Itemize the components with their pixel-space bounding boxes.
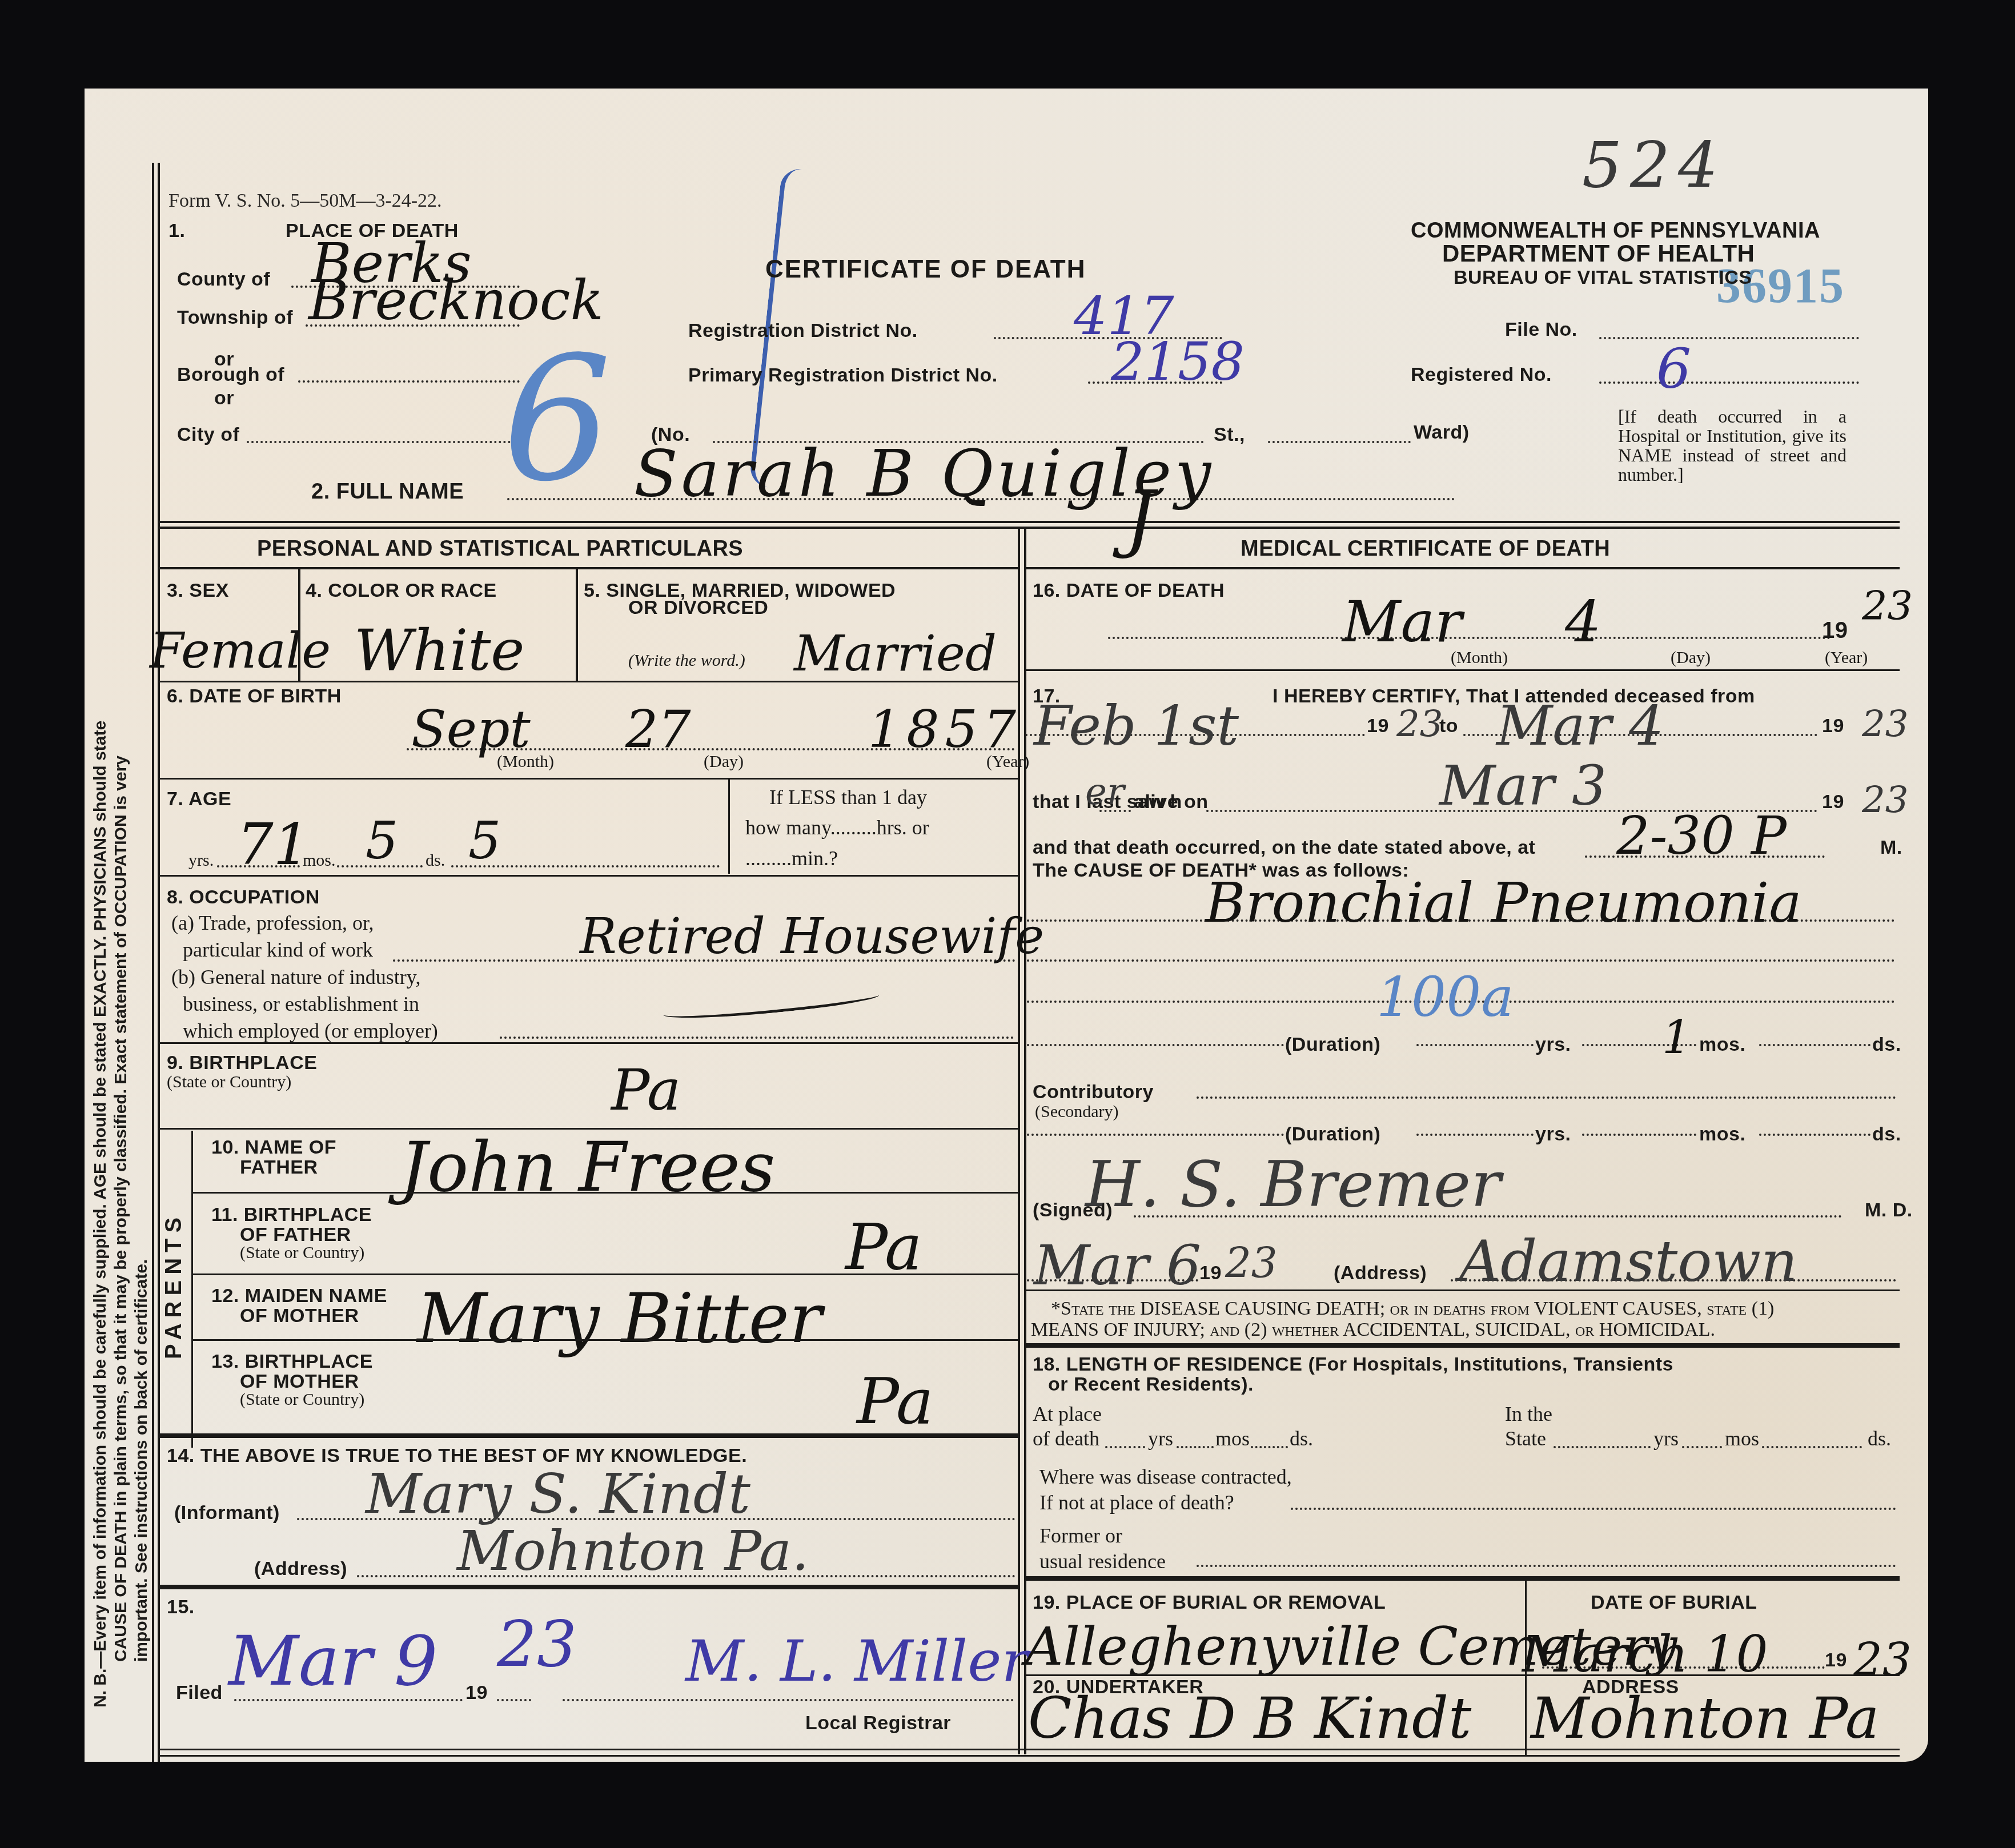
registered-no-label: Registered No. (1411, 364, 1552, 386)
margin-line-1: N. B.—Every item of information should b… (90, 721, 111, 1708)
row-rule-12 (193, 1339, 1018, 1341)
left-rule-inner (158, 163, 160, 1762)
registrar-line (563, 1699, 1014, 1701)
time-label: and that death occurred, on the date sta… (1033, 837, 1535, 859)
age-days[interactable]: 5 (468, 811, 501, 871)
occ-b-line-2: business, or establishment in (183, 992, 419, 1016)
dob-month[interactable]: Sept (411, 700, 531, 760)
birthplace-label: 9. BIRTHPLACE (167, 1052, 317, 1074)
father-name-label-1: 10. NAME OF (211, 1136, 336, 1159)
birthplace-sub: (State or Country) (167, 1072, 291, 1092)
to-label: to (1439, 715, 1458, 737)
dod-line (1108, 637, 1831, 639)
time-suffix: M. (1880, 837, 1902, 859)
occupation-value[interactable]: Retired Housewife (580, 908, 1044, 965)
of-death: of death (1033, 1427, 1099, 1451)
duration2-label: (Duration) (1285, 1123, 1380, 1146)
footnote-line-2: MEANS OF INJURY; and (2) whether ACCIDEN… (1031, 1319, 1715, 1341)
burial-year-prefix: 19 (1825, 1649, 1847, 1672)
burial-date-label: DATE OF BURIAL (1591, 1592, 1757, 1614)
last-saw-date[interactable]: Mar 3 (1439, 754, 1607, 818)
city-line (247, 441, 520, 443)
footnote-line-1: *State the DISEASE CAUSING DEATH; or in … (1051, 1298, 1774, 1320)
father-name-value[interactable]: John Frees (400, 1128, 775, 1207)
contracted-line-1: Where was disease contracted, (1039, 1465, 1292, 1489)
row-rule-13 (158, 1433, 1018, 1438)
marital-label-2: OR DIVORCED (628, 597, 768, 619)
medical-heading-rule (1024, 567, 1900, 569)
undertaker-value[interactable]: Chas D B Kindt (1028, 1685, 1471, 1751)
cause-line-2 (1027, 959, 1895, 962)
age-label: 7. AGE (167, 788, 231, 810)
duration-yrs-line (1416, 1044, 1534, 1046)
alive-on-label: alive on (1134, 791, 1209, 813)
row-rule-14 (158, 1585, 1018, 1589)
in-the: In the (1505, 1402, 1552, 1426)
res-death-yrs-line (1105, 1446, 1145, 1448)
registered-no-value[interactable]: 6 (1656, 337, 1691, 401)
primary-district-value[interactable]: 2158 (1111, 331, 1245, 392)
burial-place-label: 19. PLACE OF BURIAL OR REMOVAL (1033, 1592, 1386, 1614)
birthplace-value[interactable]: Pa (611, 1056, 681, 1123)
race-marital-divider (576, 569, 578, 681)
row-rule-5 (158, 681, 1018, 682)
dob-year-caption: (Year) (986, 752, 1029, 772)
medical-row-rule-sign (1024, 1289, 1900, 1291)
md-label: M. D. (1865, 1199, 1913, 1222)
name-descender-mark: J (1125, 474, 1155, 561)
dob-day-caption: (Day) (704, 752, 744, 772)
occ-b-line-1: (b) General nature of industry, (171, 965, 421, 989)
borough-label: Borough of (177, 364, 284, 386)
informant-address-value[interactable]: Mohnton Pa. (457, 1519, 809, 1583)
registrar-signature[interactable]: M. L. Miller (685, 1628, 1029, 1694)
last-saw-pronoun[interactable]: er (1085, 771, 1124, 813)
file-no-line (1599, 337, 1859, 339)
row-rule-7 (158, 875, 1018, 877)
contributory-label: Contributory (1033, 1081, 1154, 1103)
undertaker-address-value[interactable]: Mohnton Pa (1531, 1685, 1879, 1751)
former-line-2: usual residence (1039, 1549, 1166, 1573)
mother-name-label-1: 12. MAIDEN NAME (211, 1285, 387, 1307)
dod-month-caption: (Month) (1451, 648, 1508, 668)
less-than-day-2: how many.........hrs. or (745, 815, 929, 839)
residence-label: 18. LENGTH OF RESIDENCE (For Hospitals, … (1033, 1353, 1673, 1376)
medical-heading: MEDICAL CERTIFICATE OF DEATH (1241, 537, 1610, 561)
burial-year[interactable]: 23 (1853, 1633, 1912, 1686)
res-state-ds: ds. (1868, 1427, 1891, 1451)
left-rule-outer (152, 163, 154, 1762)
dob-month-caption: (Month) (497, 752, 554, 772)
ward-label: Ward) (1414, 421, 1470, 444)
mother-name-value[interactable]: Mary Bitter (417, 1279, 822, 1359)
bottom-rule-1 (158, 1749, 1900, 1750)
dod-year-caption: (Year) (1825, 648, 1868, 668)
contributory-line (1197, 1096, 1896, 1099)
dob-year[interactable]: 1857 (868, 700, 1022, 760)
medical-address-value[interactable]: Adamstown (1459, 1228, 1797, 1295)
registration-district-label: Registration District No. (688, 320, 918, 342)
res-death-yrs: yrs (1148, 1427, 1173, 1451)
age-mos-caption: mos. (303, 851, 336, 870)
full-name-label: 2. FULL NAME (311, 480, 464, 504)
age-divider (728, 780, 730, 874)
less-than-day-1: If LESS than 1 day (769, 785, 927, 809)
dod-month[interactable]: Mar (1342, 588, 1462, 655)
res-state-mos-line (1682, 1446, 1722, 1448)
marital-hint: (Write the word.) (628, 651, 745, 670)
borough-line (298, 380, 520, 383)
attended-from[interactable]: Feb 1st (1034, 694, 1239, 758)
former-residence-line (1197, 1565, 1896, 1567)
top-pencil-number: 524 (1582, 128, 1726, 202)
duration2-yrs-line (1416, 1134, 1534, 1136)
sex-value[interactable]: Female (150, 622, 331, 680)
last-saw-year-prefix: 19 (1822, 791, 1844, 813)
sex-label: 3. SEX (167, 580, 229, 602)
duration2-mos-label: mos. (1699, 1123, 1745, 1146)
form-id: Form V. S. No. 5—50M—3-24-22. (168, 190, 442, 212)
informant-value[interactable]: Mary S. Kindt (366, 1462, 750, 1526)
father-bp-value[interactable]: Pa (845, 1211, 922, 1284)
res-death-mos: mos (1215, 1427, 1250, 1451)
parents-side-label: PARENTS (161, 1212, 187, 1359)
cause-code: 100a (1376, 965, 1514, 1029)
dob-label: 6. DATE OF BIRTH (167, 685, 342, 708)
duration-lead-line (1027, 1044, 1284, 1046)
street-st-label: St., (1214, 424, 1245, 446)
mother-bp-sub: (State or Country) (240, 1390, 364, 1409)
signed-value[interactable]: H. S. Bremer (1085, 1148, 1501, 1221)
personal-heading: PERSONAL AND STATISTICAL PARTICULARS (257, 537, 743, 561)
filed-year-prefix: 19 (465, 1682, 488, 1704)
medical-row-rule-16 (1024, 669, 1900, 671)
row-rule-11 (193, 1273, 1018, 1275)
registrar-label: Local Registrar (805, 1712, 951, 1734)
age-months[interactable]: 5 (366, 811, 398, 871)
marital-value[interactable]: Married (794, 625, 997, 682)
filed-year[interactable]: 23 (497, 1608, 577, 1681)
father-bp-label-1: 11. BIRTHPLACE (211, 1204, 372, 1226)
duration2-ds-line (1759, 1134, 1871, 1136)
medical-row-rule-foot (1024, 1343, 1900, 1348)
duration2-mos-line (1582, 1134, 1696, 1136)
res-death-ds: ds. (1290, 1427, 1313, 1451)
issuer-line-2: DEPARTMENT OF HEALTH (1442, 240, 1755, 267)
to-year-prefix: 19 (1822, 715, 1844, 737)
bottom-rule-2 (158, 1755, 1900, 1757)
informant-label: (Informant) (174, 1502, 280, 1524)
duration-yrs-label: yrs. (1535, 1034, 1571, 1056)
hospital-note: [If death occurred in a Hospital or Inst… (1618, 407, 1847, 484)
primary-district-label: Primary Registration District No. (688, 364, 998, 387)
section-rule-top (158, 521, 1900, 523)
duration-ds-label: ds. (1872, 1034, 1901, 1056)
margin-instructions: N. B.—Every item of information should b… (90, 721, 152, 1708)
from-year-prefix: 19 (1367, 715, 1389, 737)
mother-name-label-2: OF MOTHER (240, 1305, 359, 1327)
occ-b-line-3: which employed (or employer) (183, 1019, 438, 1043)
filed-date[interactable]: Mar 9 (228, 1622, 437, 1701)
city-label: City of (177, 424, 239, 446)
age-ds-caption: ds. (426, 851, 445, 870)
signed-date[interactable]: Mar 6 (1034, 1234, 1201, 1297)
dod-label: 16. DATE OF DEATH (1033, 580, 1225, 602)
dod-year[interactable]: 23 (1862, 582, 1913, 629)
county-label: County of (177, 268, 270, 291)
filing-section-no: 15. (167, 1596, 195, 1618)
filed-label: Filed (176, 1682, 223, 1704)
informant-address-label: (Address) (254, 1558, 347, 1580)
state-label: State (1505, 1427, 1546, 1451)
certificate-title: CERTIFICATE OF DEATH (765, 255, 1086, 284)
attended-to[interactable]: Mar 4 (1496, 694, 1664, 758)
filed-year-line (497, 1699, 531, 1701)
duration2-lead-line (1027, 1134, 1284, 1136)
or-2: or (214, 387, 234, 409)
duration2-ds-label: ds. (1872, 1123, 1901, 1146)
former-line-1: Former or (1039, 1524, 1122, 1548)
father-name-label-2: FATHER (240, 1156, 318, 1179)
cause-value[interactable]: Bronchial Pneumonia (1205, 871, 1801, 935)
dod-day-caption: (Day) (1671, 648, 1711, 668)
age-years[interactable]: 71 (237, 811, 310, 878)
contracted-line-2: If not at place of death? (1039, 1491, 1234, 1514)
registered-no-line (1599, 381, 1859, 384)
father-bp-sub: (State or Country) (240, 1243, 364, 1263)
duration-mos[interactable]: 1 (1662, 1011, 1691, 1064)
file-no-label: File No. (1505, 319, 1578, 341)
dob-day[interactable]: 27 (625, 700, 691, 760)
parents-divider (191, 1131, 193, 1448)
occ-b-line (500, 1037, 1014, 1039)
less-than-day-3[interactable]: .........min.? (745, 846, 838, 870)
residence-label-2: or Recent Residents). (1048, 1373, 1254, 1396)
personal-heading-rule (158, 567, 1018, 569)
duration-ds-line (1759, 1044, 1871, 1046)
contracted-line (1291, 1508, 1896, 1510)
medical-row-rule-18 (1024, 1576, 1900, 1581)
race-label: 4. COLOR OR RACE (306, 580, 497, 602)
township-label: Township of (177, 307, 293, 329)
place-section-no: 1. (168, 220, 185, 242)
res-state-mos: mos (1725, 1427, 1759, 1451)
section-rule-top-2 (158, 527, 1900, 529)
dod-day[interactable]: 4 (1565, 588, 1601, 655)
row-rule-6 (158, 778, 1018, 780)
pronoun-line (1099, 810, 1131, 812)
occ-a-line-1: (a) Trade, profession, or, (171, 911, 374, 935)
to-year[interactable]: 23 (1862, 704, 1908, 746)
mother-bp-value[interactable]: Pa (857, 1365, 934, 1438)
from-year[interactable]: 23 (1396, 704, 1443, 746)
time-value[interactable]: 2-30 P (1616, 805, 1787, 866)
row-rule-10 (193, 1192, 1018, 1194)
issuer-line-3: BUREAU OF VITAL STATISTICS (1454, 267, 1752, 289)
occ-a-line-2: particular kind of work (183, 938, 373, 962)
mother-bp-label-1: 13. BIRTHPLACE (211, 1351, 373, 1373)
res-state-yrs-line (1554, 1446, 1651, 1448)
street-ward-line (1268, 441, 1411, 443)
signed-year-prefix: 19 (1199, 1262, 1222, 1284)
medical-address-label: (Address) (1334, 1262, 1427, 1284)
last-saw-year[interactable]: 23 (1862, 780, 1908, 822)
contributory-sub: (Secondary) (1035, 1102, 1119, 1122)
at-place: At place (1033, 1402, 1102, 1426)
duration2-yrs-label: yrs. (1535, 1123, 1571, 1146)
duration-mos-label: mos. (1699, 1034, 1745, 1056)
margin-line-3: important. See instructions on back of c… (131, 721, 152, 1708)
margin-line-2: CAUSE OF DEATH in plain terms, so that i… (111, 721, 131, 1708)
res-state-ds-line (1762, 1446, 1862, 1448)
occupation-label: 8. OCCUPATION (167, 886, 320, 909)
age-yrs-caption: yrs. (188, 851, 214, 870)
row-rule-8 (158, 1042, 1018, 1044)
dod-year-prefix: 19 (1822, 618, 1848, 644)
signed-year[interactable]: 23 (1225, 1239, 1278, 1287)
blue-file-mark: 6 (503, 320, 612, 519)
res-death-mos-line (1177, 1446, 1214, 1448)
res-death-ds-line (1251, 1446, 1288, 1448)
duration-label: (Duration) (1285, 1034, 1380, 1056)
race-value[interactable]: White (354, 617, 525, 684)
center-divider-b (1024, 527, 1026, 1754)
res-state-yrs: yrs (1653, 1427, 1679, 1451)
